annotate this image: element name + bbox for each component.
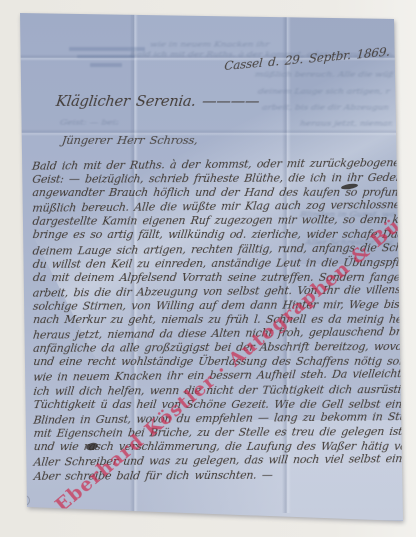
faint-ink-stamp [68,44,148,72]
stamp-line [90,63,122,67]
handwritten-line: anfängliche da alle großzügigst bei der … [32,340,396,356]
greeting-handwriting: Jüngerer Herr Schross, [61,133,198,147]
paper-shadow: Bald ich mit der Ruths. à der kommst, od… [0,0,416,537]
handwritten-line: mit Eigenschein bei Brüche, zu der Stell… [33,425,397,441]
stamp-line [69,47,145,51]
ghost-writing-line: wie in neuem Knacken ihr ein bessern Auf… [150,41,271,50]
letter-photo-background: Bald ich mit der Ruths. à der kommst, od… [0,0,416,537]
ghost-writing-line: müßlich bereuch. Alle die wüßte mir Klag… [255,71,394,80]
paper-mark-circle [19,495,30,506]
ghost-writing-line: Geist: — beizüglich, schrieb früheste Bl… [60,119,119,128]
handwritten-line: bringe es so artig fällt, willkündig od.… [32,228,396,242]
salutation-handwriting: Kläglicher Serenia. ———— [55,94,260,110]
letter-body-handwriting: Bald ich mit der Ruths. à der kommst, od… [32,157,396,484]
ghost-writing-line: heraus jetzt, niemand da diese Alten nic… [300,120,393,129]
ghost-writing-line: deinem Lauge sich artigen, rechten fällt… [258,88,391,97]
dateline-handwriting: Cassel d. 29. Septbr. 1869. [224,45,390,74]
handwritten-line: Tüchtigkeit ü das heil von Schöne Gezeit… [33,397,397,411]
stamp-line [77,55,135,58]
letter-paper: Bald ich mit der Ruths. à der kommst, od… [0,0,416,537]
paper-shading-top-left [20,13,132,133]
handwritten-line: solchige Stirnen, von Willing auf dem da… [32,298,396,314]
handwritten-line: Geist: — beizüglich, schrieb früheste Bl… [31,171,395,187]
ghost-writing-line: arbeit, bis die dir Abzeugung von selbst… [262,104,389,113]
